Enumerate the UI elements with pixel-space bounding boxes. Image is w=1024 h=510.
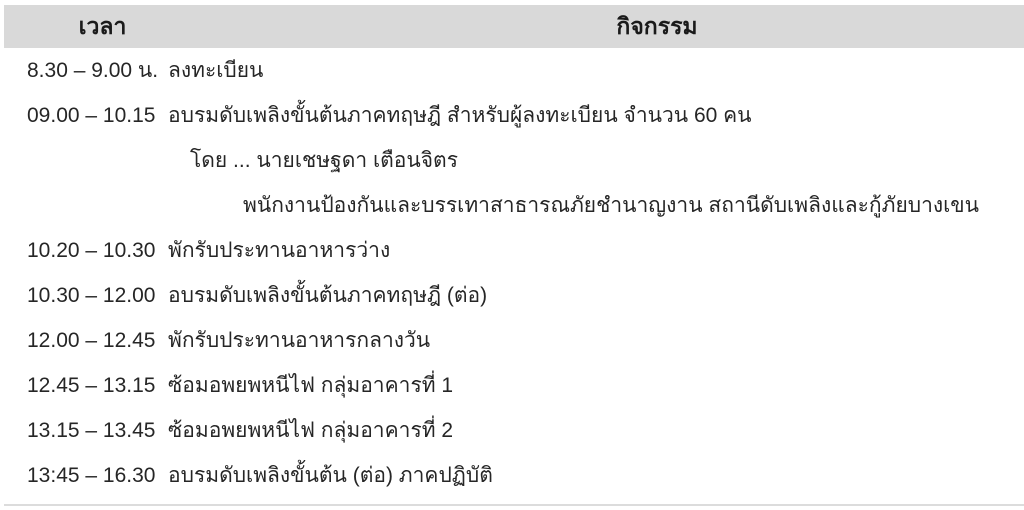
table-row: 13.15 – 13.45 ซ้อมอพยพหนีไฟ กลุ่มอาคารที… [0,408,1024,453]
activity-text-speaker: โดย ... นายเชษฐดา เตือนจิตร [190,138,979,183]
activity-text: ลงทะเบียน [168,48,263,93]
table-row: 10.20 – 10.30 พักรับประทานอาหารว่าง [0,228,1024,273]
activity-cell: ซ้อมอพยพหนีไฟ กลุ่มอาคารที่ 1 [168,363,453,408]
table-row: 13:45 – 16.30 อบรมดับเพลิงขั้นต้น (ต่อ) … [0,453,1024,498]
table-row: 12.00 – 12.45 พักรับประทานอาหารกลางวัน [0,318,1024,363]
time-cell: 09.00 – 10.15 [0,93,168,138]
table-row: 8.30 – 9.00 น. ลงทะเบียน [0,48,1024,93]
time-cell: 10.30 – 12.00 [0,273,168,318]
activity-cell: อบรมดับเพลิงขั้นต้นภาคทฤษฎี (ต่อ) [168,273,487,318]
time-cell: 8.30 – 9.00 น. [0,48,168,93]
time-cell: 12.00 – 12.45 [0,318,168,363]
time-cell: 12.45 – 13.15 [0,363,168,408]
activity-text-speaker-title: พนักงานป้องกันและบรรเทาสาธารณภัยชำนาญงาน… [243,183,979,228]
time-cell: 13.15 – 13.45 [0,408,168,453]
activity-text: พักรับประทานอาหารว่าง [168,228,390,273]
time-cell: 13:45 – 16.30 [0,453,168,498]
table-row: 12.45 – 13.15 ซ้อมอพยพหนีไฟ กลุ่มอาคารที… [0,363,1024,408]
table-row: 09.00 – 10.15 อบรมดับเพลิงขั้นต้นภาคทฤษฎ… [0,93,1024,228]
activity-cell: อบรมดับเพลิงขั้นต้น (ต่อ) ภาคปฏิบัติ [168,453,493,498]
table-bottom-rule [4,504,1024,506]
table-row: 10.30 – 12.00 อบรมดับเพลิงขั้นต้นภาคทฤษฎ… [0,273,1024,318]
activity-cell: พักรับประทานอาหารกลางวัน [168,318,430,363]
column-header-time: เวลา [0,5,205,48]
column-header-activity: กิจกรรม [616,5,697,48]
activity-text: ซ้อมอพยพหนีไฟ กลุ่มอาคารที่ 2 [168,408,453,453]
activity-text: อบรมดับเพลิงขั้นต้น (ต่อ) ภาคปฏิบัติ [168,453,493,498]
schedule-rows: 8.30 – 9.00 น. ลงทะเบียน 09.00 – 10.15 อ… [0,48,1024,498]
activity-text: พักรับประทานอาหารกลางวัน [168,318,430,363]
activity-text: อบรมดับเพลิงขั้นต้นภาคทฤษฎี (ต่อ) [168,273,487,318]
activity-cell: อบรมดับเพลิงขั้นต้นภาคทฤษฎี สำหรับผู้ลงท… [168,93,979,228]
activity-text: อบรมดับเพลิงขั้นต้นภาคทฤษฎี สำหรับผู้ลงท… [168,93,979,138]
activity-cell: ลงทะเบียน [168,48,263,93]
schedule-document: เวลา กิจกรรม 8.30 – 9.00 น. ลงทะเบียน 09… [0,0,1024,510]
activity-cell: ซ้อมอพยพหนีไฟ กลุ่มอาคารที่ 2 [168,408,453,453]
activity-cell: พักรับประทานอาหารว่าง [168,228,390,273]
activity-text: ซ้อมอพยพหนีไฟ กลุ่มอาคารที่ 1 [168,363,453,408]
time-cell: 10.20 – 10.30 [0,228,168,273]
